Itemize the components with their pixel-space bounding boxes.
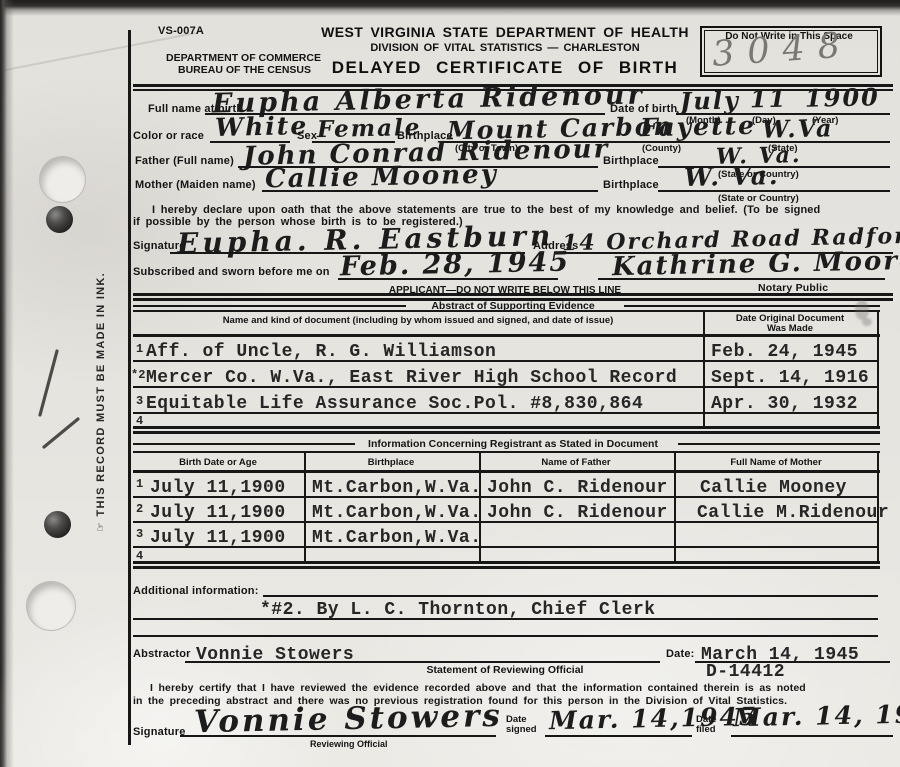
color-or-race-label: Color or race [133,130,204,142]
table-row-line [133,412,878,414]
registrant-row-father: John C. Ridenour [487,503,668,523]
field-underline [658,190,890,192]
abstractor-label: Abstractor [133,648,191,660]
abstract-row-number: 3 [136,394,143,408]
abstract-row-document: Mercer Co. W.Va., East River High School… [146,368,677,388]
field-underline [263,595,878,597]
state-header-line1: WEST VIRGINIA STATE DEPARTMENT OF HEALTH [321,24,689,40]
registrant-row-birthdate: July 11,1900 [150,528,286,548]
pencil-smudge [855,300,869,320]
margin-note-vertical: ☞ THIS RECORD MUST BE MADE IN INK. [94,232,107,532]
abstract-row-number: *2 [131,368,145,382]
registrant-row-birthdate: July 11,1900 [150,478,286,498]
registrant-row-birthplace: Mt.Carbon,W.Va. [312,478,482,498]
registrant-header-mother: Full Name of Mother [730,457,821,468]
field-underline [185,661,660,663]
margin-note-text: THIS RECORD MUST BE MADE IN INK. [95,272,107,517]
abstract-row-number: 1 [136,342,143,356]
punch-hole-dark-top [46,206,73,233]
birthplace-county-value: Fayette [640,111,757,142]
table-row-line [133,386,878,388]
registrant-row-number: 1 [136,477,143,491]
county-sub-label: (County) [642,143,681,154]
table-row-line [133,521,878,523]
registrant-row-mother: Callie M.Ridenour [697,503,889,523]
registrant-row-mother: Callie Mooney [700,478,847,498]
divider-line [133,293,893,296]
birthplace-state-value: W.Va [762,113,834,143]
abstract-row-date: Apr. 30, 1932 [711,394,858,414]
state-header-line2: DIVISION OF VITAL STATISTICS — CHARLESTO… [370,42,639,54]
abstract-document-column-header: Name and kind of document (including by … [223,315,614,326]
registrant-row-father: John C. Ridenour [487,478,668,498]
mother-birthplace-value: W. Va. [684,161,780,192]
file-number: D-14412 [706,662,785,682]
additional-info-value: *#2. By L. C. Thornton, Chief Clerk [260,600,656,620]
divider-line [678,443,880,445]
registrant-column-separator [304,451,306,561]
abstract-date-column-header-line2: Was Made [767,323,813,334]
field-underline [731,735,893,737]
registrant-header-father: Name of Father [541,457,610,468]
divider-line [133,451,880,453]
field-underline [338,278,558,280]
birth-day-value: 11 [750,84,788,114]
field-underline [133,618,878,620]
scanned-delayed-birth-certificate: { "colors": { "paper": "#e4e2dd", "ink":… [0,0,900,767]
divider-line [133,566,880,569]
form-number: VS-007A [158,25,204,37]
registrant-row-birthdate: July 11,1900 [150,503,286,523]
abstract-right-border [877,310,879,426]
registrant-column-separator [674,451,676,561]
abstract-column-separator [703,310,705,426]
divider-line [133,310,880,312]
field-underline [180,735,496,737]
registrant-row-number: 2 [136,502,143,516]
registrant-table-title: Information Concerning Registrant as Sta… [368,438,658,450]
table-row-line [133,546,878,548]
field-underline [598,278,885,280]
field-underline [262,190,598,192]
certify-line1: I hereby certify that I have reviewed th… [150,682,806,694]
mother-label: Mother (Maiden name) [135,179,256,191]
date-filed-label: Date filed [696,715,732,736]
birth-year-value: 1900 [805,82,880,113]
sworn-label: Subscribed and sworn before me on [133,266,330,278]
divider-line [133,443,355,445]
divider-line [133,561,880,564]
commerce-line2: BUREAU OF THE CENSUS [178,64,311,76]
father-birthplace-label: Birthplace [603,155,659,167]
table-row-line [133,496,878,498]
commerce-line1: DEPARTMENT OF COMMERCE [166,52,321,64]
registrant-header-birthdate: Birth Date or Age [179,457,257,468]
abstractor-date-label: Date: [666,648,695,660]
abstract-row-document: Aff. of Uncle, R. G. Williamson [146,342,496,362]
date-signed-label: Date signed [506,715,550,736]
color-or-race-value: White [215,111,309,142]
abstract-row-document: Equitable Life Assurance Soc.Pol. #8,830… [146,394,643,414]
reviewing-official-title: Statement of Reviewing Official [427,664,584,676]
divider-line [133,305,406,307]
reviewing-signature-label: Signature [133,726,186,738]
field-underline [545,735,692,737]
table-row-line [133,360,878,362]
date-filed-value: Mar. 14, 1945 [733,699,900,733]
divider-line [133,334,880,337]
divider-line [133,426,880,429]
pencil-smudge [862,318,872,326]
reviewing-signature-value: Vonnie Stowers [194,698,504,740]
reviewing-official-role-label: Reviewing Official [310,739,388,749]
notary-signature-value: Kathrine G. Moore [612,246,900,282]
document-title: DELAYED CERTIFICATE OF BIRTH [332,58,679,78]
form-left-border [128,30,131,745]
abstract-row-date: Sept. 14, 1916 [711,368,869,388]
registrant-header-birthplace: Birthplace [368,457,414,468]
registrant-row-birthplace: Mt.Carbon,W.Va. [312,503,482,523]
registrant-row-number: 3 [136,527,143,541]
declaration-line1: I hereby declare upon oath that the abov… [152,204,820,216]
divider-line [133,470,880,473]
father-label: Father (Full name) [135,155,234,167]
mother-birthplace-label: Birthplace [603,179,659,191]
punch-hole-bottom [27,582,75,630]
registrant-row-birthplace: Mt.Carbon,W.Va. [312,528,482,548]
divider-line [133,431,880,434]
punch-hole-top [40,157,85,202]
field-underline [133,635,878,637]
divider-line [624,305,880,307]
punch-hole-dark-bottom [44,511,71,538]
abstract-row-date: Feb. 24, 1945 [711,342,858,362]
mother-birthplace-sub-label: (State or Country) [718,193,799,204]
pointing-hand-icon: ☞ [95,521,107,532]
additional-info-label: Additional information: [133,585,259,597]
